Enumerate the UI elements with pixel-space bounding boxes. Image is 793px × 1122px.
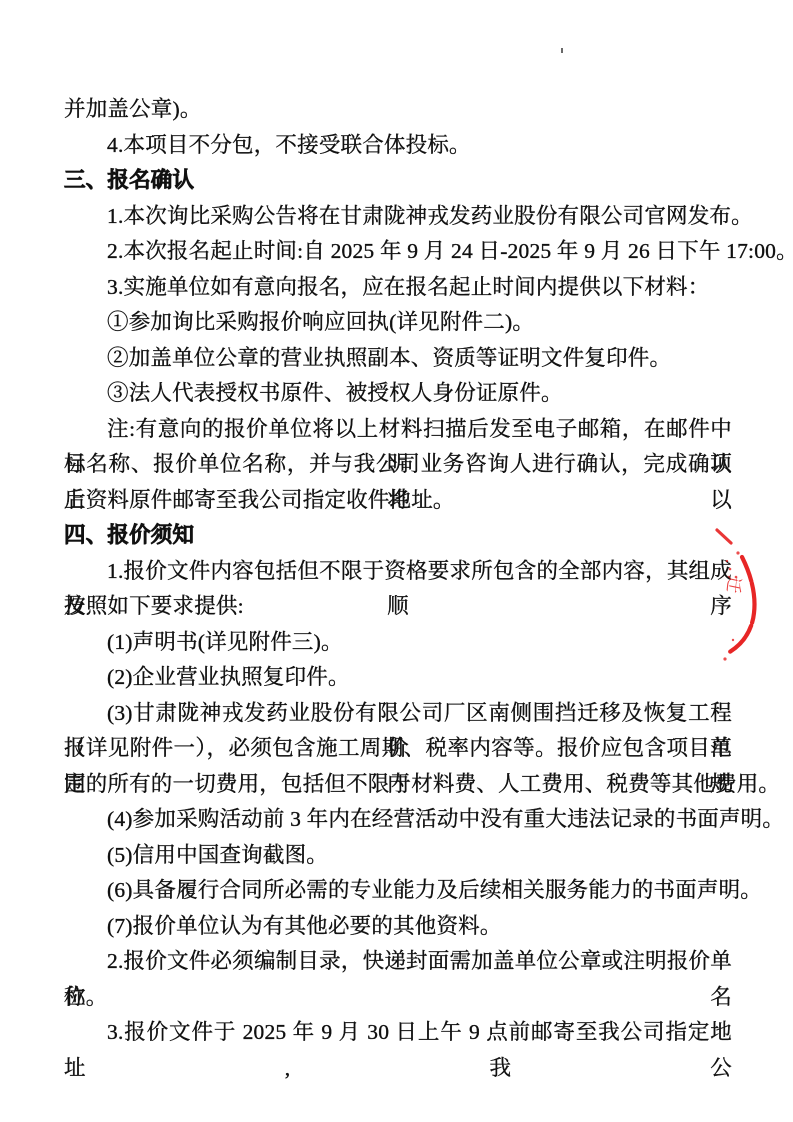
text-line: 并加盖公章)。 [64, 92, 732, 128]
text-line: (4)参加采购活动前 3 年内在经营活动中没有重大违法记录的书面声明。 [64, 802, 732, 838]
text-line: 注:有意向的报价单位将以上材料扫描后发至电子邮箱，在邮件中标明项 [64, 412, 732, 448]
text-line: (7)报价单位认为有其他必要的其他资料。 [64, 909, 732, 945]
text-line: 4.本项目不分包，不接受联合体投标。 [64, 128, 732, 164]
document-page: 并加盖公章)。4.本项目不分包，不接受联合体投标。三、报名确认1.本次询比采购公… [0, 0, 793, 1122]
text-line: 3.实施单位如有意向报名，应在报名起止时间内提供以下材料： [64, 270, 732, 306]
text-line: (5)信用中国查询截图。 [64, 838, 732, 874]
text-line: 1.本次询比采购公告将在甘肃陇神戎发药业股份有限公司官网发布。 [64, 199, 732, 235]
text-line: （详见附件一），必须包含施工周期、税率内容等。报价应包含项目范围内规 [64, 731, 732, 767]
text-line: ①参加询比采购报价响应回执(详见附件二)。 [64, 305, 732, 341]
text-line: (1)声明书(详见附件三)。 [64, 625, 732, 661]
section-heading: 四、报价须知 [64, 518, 732, 554]
scan-speck [561, 48, 563, 53]
text-line: (3)甘肃陇神戎发药业股份有限公司厂区南侧围挡迁移及恢复工程报价单 [64, 696, 732, 732]
stamp-text-glyph: 迁 [724, 574, 742, 594]
text-line: (2)企业营业执照复印件。 [64, 660, 732, 696]
text-line: 1.报价文件内容包括但不限于资格要求所包含的全部内容，其组成及顺序 [64, 554, 732, 590]
document-body: 并加盖公章)。4.本项目不分包，不接受联合体投标。三、报名确认1.本次询比采购公… [64, 92, 732, 1051]
text-line: 2.本次报名起止时间:自 2025 年 9 月 24 日-2025 年 9 月 … [64, 234, 732, 270]
text-line: 定的所有的一切费用，包括但不限于材料费、人工费用、税费等其他费用。 [64, 767, 732, 803]
section-heading: 三、报名确认 [64, 163, 732, 199]
text-line: ③法人代表授权书原件、被授权人身份证原件。 [64, 376, 732, 412]
text-line: ②加盖单位公章的营业执照副本、资质等证明文件复印件。 [64, 341, 732, 377]
text-line: 目名称、报价单位名称，并与我公司业务咨询人进行确认，完成确认后将以 [64, 447, 732, 483]
text-line: 3.报价文件于 2025 年 9 月 30 日上午 9 点前邮寄至我公司指定地址… [64, 1015, 732, 1051]
text-line: 2.报价文件必须编制目录，快递封面需加盖单位公章或注明报价单位名 [64, 944, 732, 980]
text-line: (6)具备履行合同所必需的专业能力及后续相关服务能力的书面声明。 [64, 873, 732, 909]
